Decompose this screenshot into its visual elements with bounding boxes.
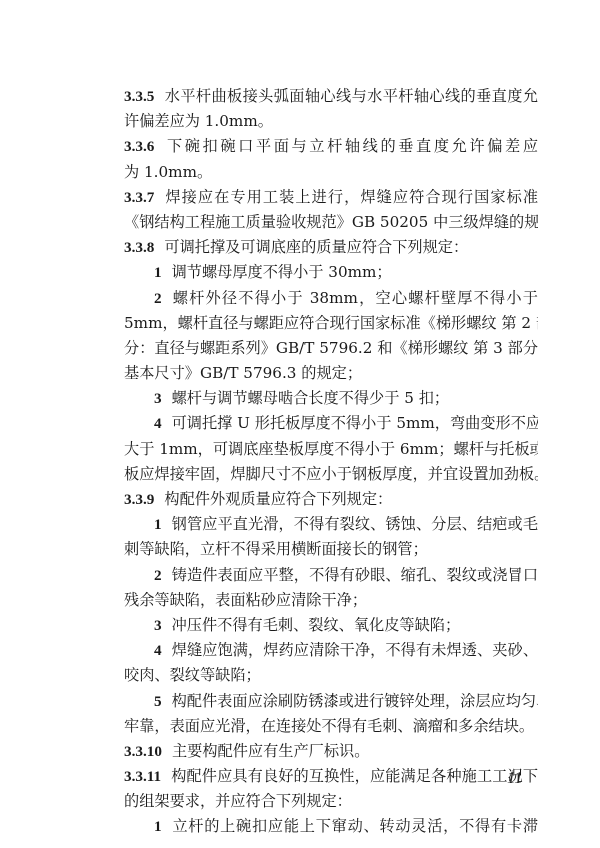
text-line: 许偏差应为 1.0mm。 (124, 109, 538, 134)
clause-number: 3.3.7 (124, 189, 154, 206)
line-text: 5mm，螺杆直径与螺距应符合现行国家标准《梯形螺纹 第 2 部 (124, 314, 538, 332)
line-text: 构配件应具有良好的互换性，应能满足各种施工工况下 (171, 767, 538, 785)
line-text: 焊缝应饱满，焊药应清除干净，不得有未焊透、夹砂、 (172, 641, 538, 659)
text-line: 3.3.11构配件应具有良好的互换性，应能满足各种施工工况下 (124, 764, 538, 789)
text-line: 残余等缺陷，表面粘砂应清除干净； (124, 588, 538, 613)
line-text: 构配件表面应涂刷防锈漆或进行镀锌处理，涂层应均匀、 (172, 692, 538, 710)
text-line: 大于 1mm，可调底座垫板厚度不得小于 6mm；螺杆与托板或垫 (124, 437, 538, 462)
line-text: 水平杆曲板接头弧面轴心线与水平杆轴心线的垂直度允 (164, 87, 538, 105)
line-text: 的组架要求，并应符合下列规定： (124, 792, 352, 810)
line-text: 基本尺寸》GB/T 5796.3 的规定； (124, 364, 362, 382)
text-line: 板应焊接牢固，焊脚尺寸不应小于钢板厚度，并宜设置加劲板。 (124, 462, 538, 487)
line-text: 分：直径与螺距系列》GB/T 5796.2 和《梯形螺纹 第 3 部分： (124, 339, 538, 357)
clause-number: 2 (154, 567, 162, 584)
text-line: 1立杆的上碗扣应能上下窜动、转动灵活，不得有卡滞 (124, 814, 538, 839)
line-text: 铸造件表面应平整，不得有砂眼、缩孔、裂纹或浇冒口 (172, 566, 538, 584)
page-number: 11 (507, 768, 523, 788)
clause-number: 3.3.11 (124, 768, 161, 785)
text-line: 3螺杆与调节螺母啮合长度不得少于 5 扣； (124, 386, 538, 411)
clause-number: 3.3.9 (124, 491, 154, 508)
line-text: 焊接应在专用工装上进行，焊缝应符合现行国家标准 (164, 188, 538, 206)
clause-number: 1 (154, 264, 162, 281)
line-text: 为 1.0mm。 (124, 163, 212, 181)
line-text: 大于 1mm，可调底座垫板厚度不得小于 6mm；螺杆与托板或垫 (124, 440, 538, 458)
document-page: 3.3.5水平杆曲板接头弧面轴心线与水平杆轴心线的垂直度允许偏差应为 1.0mm… (124, 84, 538, 840)
text-line: 4可调托撑 U 形托板厚度不得小于 5mm，弯曲变形不应 (124, 411, 538, 436)
text-line: 3.3.8可调托撑及可调底座的质量应符合下列规定： (124, 235, 538, 260)
line-text: 螺杆与调节螺母啮合长度不得少于 5 扣； (172, 389, 450, 407)
line-text: 调节螺母厚度不得小于 30mm； (172, 263, 392, 281)
line-text: 构配件外观质量应符合下列规定： (164, 490, 392, 508)
line-text: 残余等缺陷，表面粘砂应清除干净； (124, 591, 367, 609)
clause-number: 4 (154, 642, 162, 659)
text-line: 3.3.10主要构配件应有生产厂标识。 (124, 739, 538, 764)
clause-number: 4 (154, 415, 162, 432)
line-text: 钢管应平直光滑，不得有裂纹、锈蚀、分层、结疤或毛 (172, 515, 538, 533)
clause-number: 3.3.5 (124, 88, 154, 105)
clause-number: 1 (154, 516, 162, 533)
text-line: 1调节螺母厚度不得小于 30mm； (124, 260, 538, 285)
text-line: 4焊缝应饱满，焊药应清除干净，不得有未焊透、夹砂、 (124, 638, 538, 663)
text-line: 3.3.6下碗扣碗口平面与立杆轴线的垂直度允许偏差应 (124, 134, 538, 159)
line-text: 牢靠，表面应光滑，在连接处不得有毛刺、滴瘤和多余结块。 (124, 717, 534, 735)
text-line: 3.3.9构配件外观质量应符合下列规定： (124, 487, 538, 512)
line-text: 可调托撑 U 形托板厚度不得小于 5mm，弯曲变形不应 (172, 414, 538, 432)
line-text: 立杆的上碗扣应能上下窜动、转动灵活，不得有卡滞 (172, 817, 538, 835)
clause-number: 1 (154, 818, 162, 835)
line-text: 板应焊接牢固，焊脚尺寸不应小于钢板厚度，并宜设置加劲板。 (124, 465, 538, 483)
text-line: 3.3.5水平杆曲板接头弧面轴心线与水平杆轴心线的垂直度允 (124, 84, 538, 109)
text-line: 分：直径与螺距系列》GB/T 5796.2 和《梯形螺纹 第 3 部分： (124, 336, 538, 361)
line-text: 螺杆外径不得小于 38mm，空心螺杆壁厚不得小于 (172, 289, 538, 307)
text-line: 《钢结构工程施工质量验收规范》GB 50205 中三级焊缝的规定。 (124, 210, 538, 235)
line-text: 可调托撑及可调底座的质量应符合下列规定： (164, 238, 468, 256)
text-line: 2螺杆外径不得小于 38mm，空心螺杆壁厚不得小于 (124, 286, 538, 311)
line-text: 咬肉、裂纹等缺陷； (124, 666, 261, 684)
text-line: 1钢管应平直光滑，不得有裂纹、锈蚀、分层、结疤或毛 (124, 512, 538, 537)
line-text: 下碗扣碗口平面与立杆轴线的垂直度允许偏差应 (164, 137, 538, 155)
line-text: 许偏差应为 1.0mm。 (124, 112, 273, 130)
line-text: 刺等缺陷，立杆不得采用横断面接长的钢管； (124, 540, 428, 558)
text-line: 5构配件表面应涂刷防锈漆或进行镀锌处理，涂层应均匀、 (124, 689, 538, 714)
text-line: 的组架要求，并应符合下列规定： (124, 789, 538, 814)
line-text: 冲压件不得有毛刺、裂纹、氧化皮等缺陷； (172, 616, 461, 634)
text-line: 咬肉、裂纹等缺陷； (124, 663, 538, 688)
clause-number: 2 (154, 290, 162, 307)
clause-number: 3.3.8 (124, 239, 154, 256)
text-line: 3.3.7焊接应在专用工装上进行，焊缝应符合现行国家标准 (124, 185, 538, 210)
clause-number: 3.3.10 (124, 743, 162, 760)
text-line: 基本尺寸》GB/T 5796.3 的规定； (124, 361, 538, 386)
clause-number: 3.3.6 (124, 138, 154, 155)
clause-number: 5 (154, 693, 162, 710)
text-line: 刺等缺陷，立杆不得采用横断面接长的钢管； (124, 537, 538, 562)
clause-number: 3 (154, 617, 162, 634)
text-line: 2铸造件表面应平整，不得有砂眼、缩孔、裂纹或浇冒口 (124, 563, 538, 588)
text-line: 3冲压件不得有毛刺、裂纹、氧化皮等缺陷； (124, 613, 538, 638)
clause-number: 3 (154, 390, 162, 407)
text-line: 5mm，螺杆直径与螺距应符合现行国家标准《梯形螺纹 第 2 部 (124, 311, 538, 336)
line-text: 主要构配件应有生产厂标识。 (172, 742, 369, 760)
text-line: 牢靠，表面应光滑，在连接处不得有毛刺、滴瘤和多余结块。 (124, 714, 538, 739)
line-text: 《钢结构工程施工质量验收规范》GB 50205 中三级焊缝的规定。 (124, 213, 538, 231)
text-line: 为 1.0mm。 (124, 160, 538, 185)
